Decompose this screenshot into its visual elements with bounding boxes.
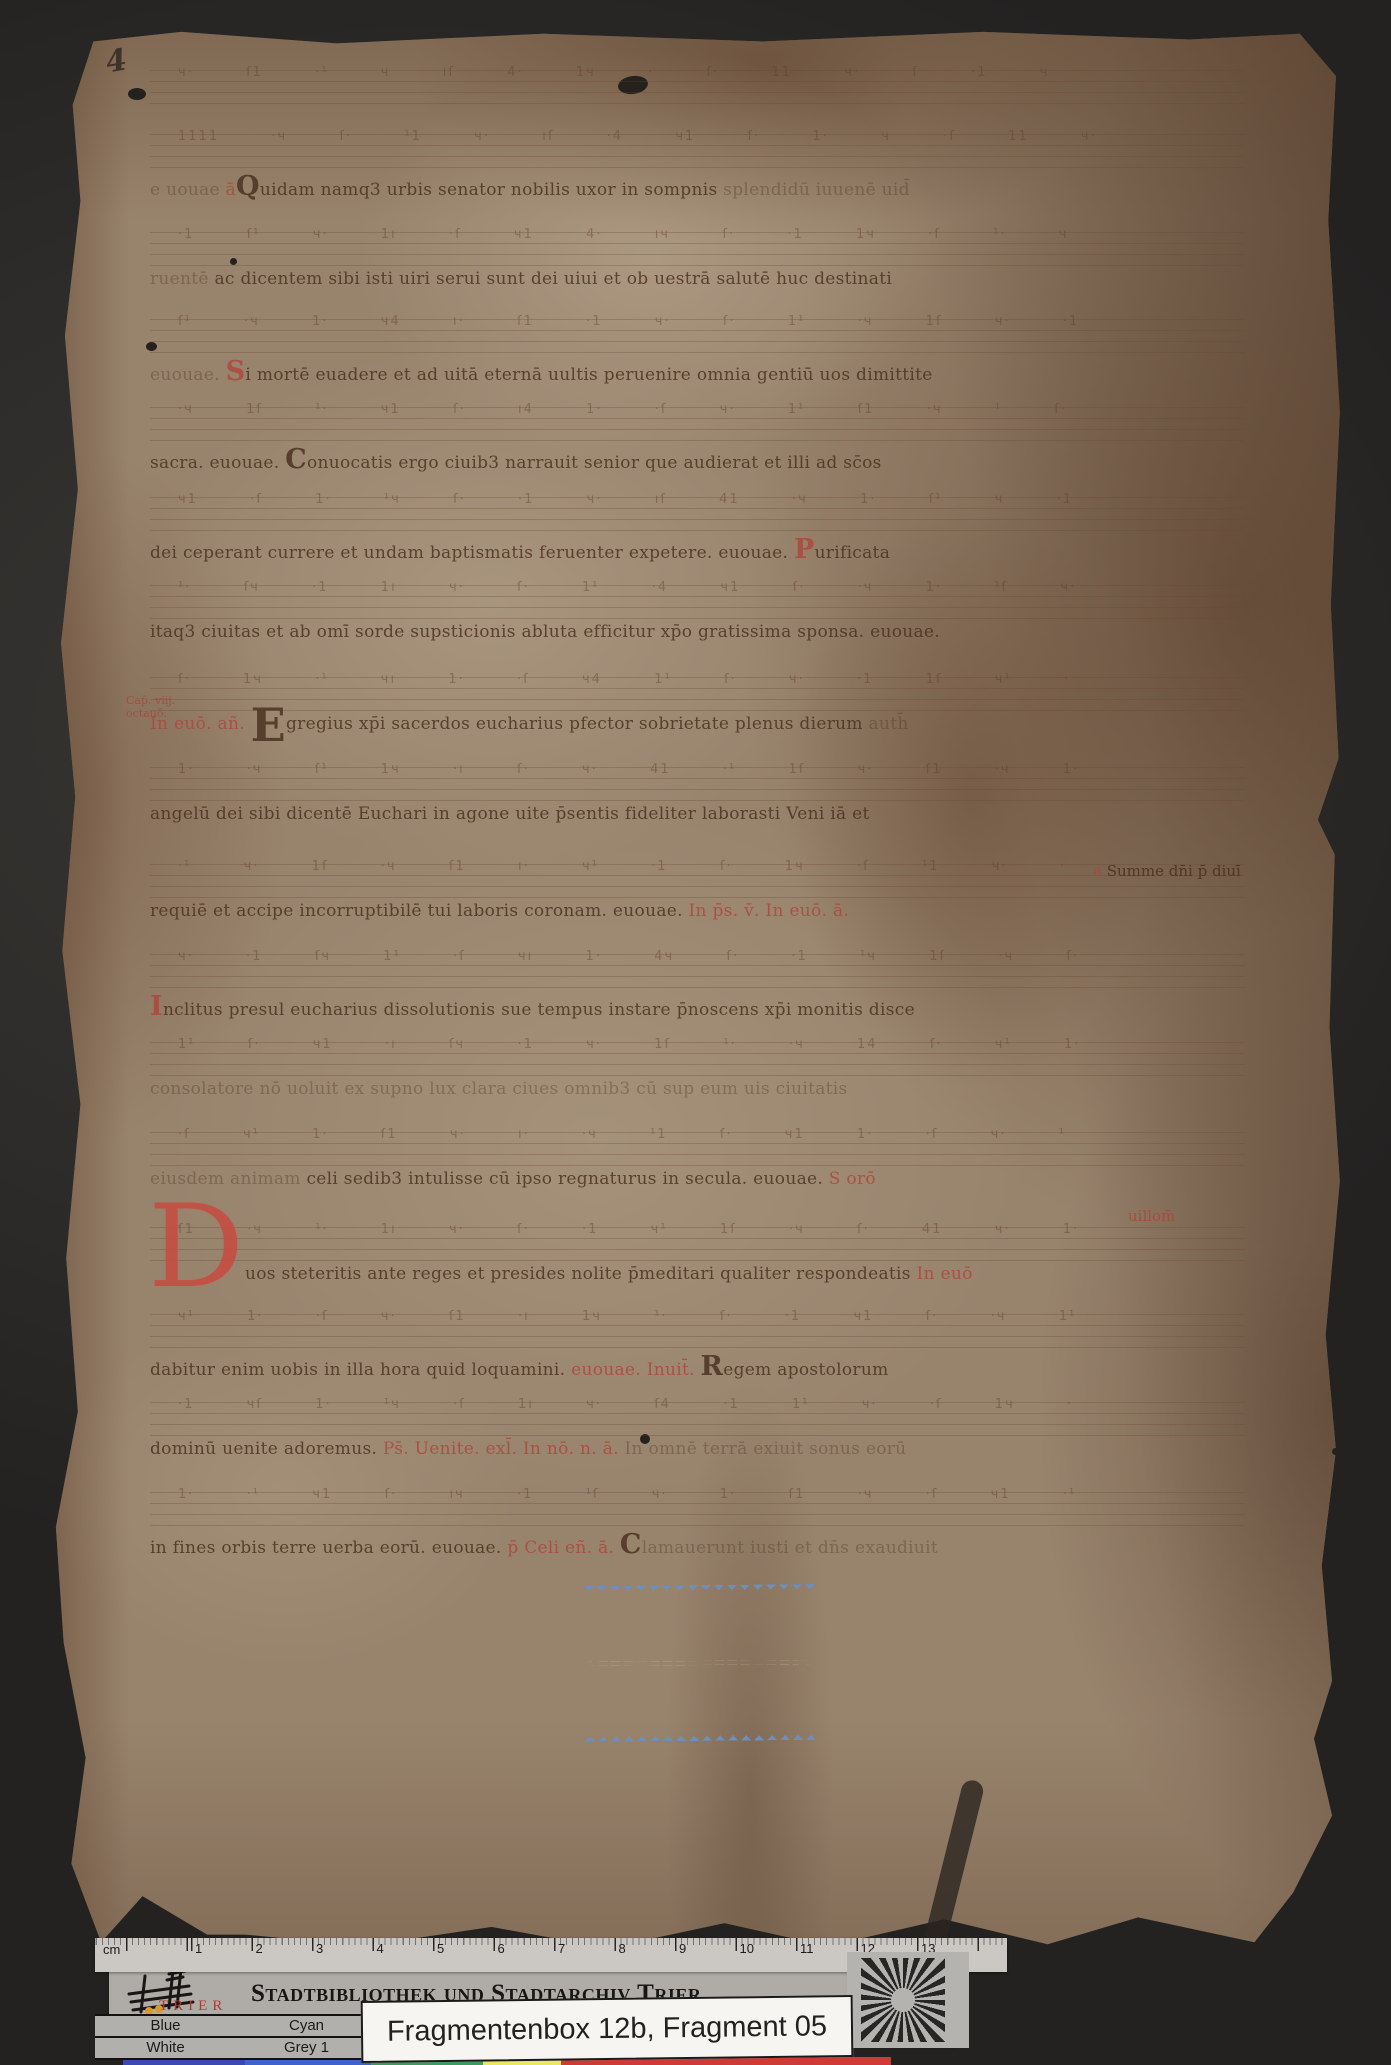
text-segment: uillom̄ <box>1128 1207 1175 1225</box>
text-segment: dabitur enim uobis in illa hora quid loq… <box>150 1360 571 1380</box>
neumes: ſ1 ·ч ¹· 1ı ч· ſ· ·1 ч¹ 1ſ ·ч ſ· 41 ч· 1… <box>178 1222 1245 1237</box>
text-segment: E <box>251 698 286 752</box>
text-segment: a <box>1093 862 1107 880</box>
fragment-label: Fragmentenbox 12b, Fragment 05 <box>361 1995 854 2063</box>
music-system: 1¹ ſ· ч1 ·ı ſч ·1 ч· 1ſ ¹· ·ч 14 ſ· ч¹ 1… <box>150 1032 1245 1107</box>
neumes: ſ¹ ·ч 1· ч4 ı· ſ1 ·1 ч· ſ· 1¹ ·ч 1ſ ч· ·… <box>178 314 1245 329</box>
neumes: ч· ſ1 ·¹ ч ıſ 4· 1ч · ſ· 11 ч· ſ ·1 ч <box>178 65 1245 80</box>
music-system: ·1 ſ¹ ч· 1ı ·ſ ч1 4· ıч ſ· ·1 1ч ·ſ ¹· ч… <box>150 222 1245 297</box>
text-segment: euouae. <box>571 1360 647 1380</box>
side-note: a Summe dn̄i p̄ diuī <box>1093 862 1241 880</box>
music-system: ч· ·1 ſч 1¹ ·ſ чı 1· 4ч ſ· ·1 ¹ч 1ſ ·ч ſ… <box>150 944 1245 1019</box>
text-segment: p̄ Celi eñ. ā. <box>507 1538 620 1558</box>
staff: ſ1 ·ч ¹· 1ı ч· ſ· ·1 ч¹ 1ſ ·ч ſ· 41 ч· 1… <box>150 1217 1245 1262</box>
staff: ч· ·1 ſч 1¹ ·ſ чı 1· 4ч ſ· ·1 ¹ч 1ſ ·ч ſ… <box>150 944 1245 989</box>
color-chart: BlueCyan WhiteGrey 1 <box>95 2014 377 2060</box>
neumes: 1· ·ч ſ¹ 1ч ·ı ſ· ч· 41 ·¹ 1ſ ч· ſ1 ·ч 1… <box>178 762 1245 777</box>
color-label: White <box>95 2038 236 2058</box>
neumes: ſ· 1ч ·¹ чı 1· ·ſ ч4 1¹ ſ· ч· ·1 1ſ ч¹ · <box>178 672 1245 687</box>
neumes: 1111 ·ч ſ· ¹1 ч· ıſ ·4 ч1 ſ· 1· ч ·ſ 11 … <box>178 129 1245 144</box>
text-segment: i mortē euadere et ad uitā eternā uultis… <box>245 365 932 385</box>
text-segment: euouae. <box>150 365 226 385</box>
ruler-number: 4 <box>377 1941 384 1956</box>
text-segment: Summe dn̄i p̄ diuī <box>1107 862 1241 880</box>
text-segment: ac dicentem sibi isti uiri serui sunt de… <box>214 269 892 289</box>
marginal-note-line: octauō. <box>126 707 175 720</box>
neumes: 1¹ ſ· ч1 ·ı ſч ·1 ч· 1ſ ¹· ·ч 14 ſ· ч¹ 1… <box>178 1037 1245 1052</box>
music-system: ſ· 1ч ·¹ чı 1· ·ſ ч4 1¹ ſ· ч· ·1 1ſ ч¹ ·… <box>150 667 1245 742</box>
staff: ч· ſ1 ·¹ ч ıſ 4· 1ч · ſ· 11 ч· ſ ·1 ч <box>150 60 1245 105</box>
label-ornament-border: 5b saec. XIII-XIV <box>587 1589 810 1737</box>
text-segment: S orō <box>829 1169 876 1189</box>
staff: ч1 ·ſ 1· ¹ч ſ· ·1 ч· ıſ 41 ·ч 1· ſ¹ ч ·1 <box>150 487 1245 532</box>
staff: ·¹ ч· 1ſ ·ч ſ1 ı· ч¹ ·1 ſ· 1ч ·ſ ¹1 ч· · <box>150 854 1245 899</box>
corner-mark: 4 <box>103 42 130 80</box>
label-number: 5 <box>685 1632 703 1663</box>
text-line: sacra. euouae. Conuocatis ergo ciuib3 na… <box>150 444 1245 472</box>
text-segment: onuocatis ergo ciuib3 narrauit senior qu… <box>307 453 882 473</box>
neumes: ·ſ ч¹ 1· ſ1 ч· ı· ·ч ¹1 ſ· ч1 1· ·ſ ч· ¹ <box>178 1127 1245 1142</box>
text-segment: itaq3 ciuitas et ab omī sorde supsticion… <box>150 622 940 642</box>
text-segment: gregius xp̄i sacerdos eucharius pfector … <box>286 714 869 734</box>
music-system: ·ч 1ſ ¹· ч1 ſ· ı4 1· ·ſ ч· 1¹ ſ1 ·ч ¹ ſ·… <box>150 397 1245 472</box>
text-line: ruentē ac dicentem sibi isti uiri serui … <box>150 269 1245 297</box>
logo-trier-text: TRIER <box>159 1998 227 2015</box>
music-system: 1111 ·ч ſ· ¹1 ч· ıſ ·4 ч1 ſ· 1· ч ·ſ 11 … <box>150 124 1245 199</box>
text-segment: Ps̄. Uenite. exl̄. In nō. n. ā. <box>383 1439 625 1459</box>
siemens-star <box>861 1958 945 2042</box>
text-segment: C <box>285 444 307 475</box>
music-system: ч¹ 1· ·ſ ч· ſ1 ·ı 1ч ¹· ſ· ·1 ч1 ſ· ·ч 1… <box>150 1304 1245 1379</box>
staff: 1· ·ч ſ¹ 1ч ·ı ſ· ч· 41 ·¹ 1ſ ч· ſ1 ·ч 1… <box>150 757 1245 802</box>
text-segment: Q <box>236 171 260 202</box>
music-system: ſ¹ ·ч 1· ч4 ı· ſ1 ·1 ч· ſ· 1¹ ·ч 1ſ ч· ·… <box>150 309 1245 384</box>
photo-stage: 4 ч· ſ1 ·¹ ч ıſ 4· 1ч · ſ· 11 ч· ſ ·1 ч1… <box>0 0 1391 2065</box>
staff: ·1 ſ¹ ч· 1ı ·ſ ч1 4· ıч ſ· ·1 1ч ·ſ ¹· ч <box>150 222 1245 267</box>
neumes: ·1 чſ 1· ¹ч ·ſ 1ı ч· ſ4 ·1 1¹ ч· ·ſ 1ч · <box>178 1397 1245 1412</box>
color-label-row: BlueCyan <box>95 2014 377 2036</box>
staff: 1111 ·ч ſ· ¹1 ч· ıſ ·4 ч1 ſ· 1· ч ·ſ 11 … <box>150 124 1245 169</box>
text-segment: ā <box>226 180 236 200</box>
side-note: uillom̄ <box>1128 1207 1175 1225</box>
text-line: e uouae āQuidam namq3 urbis senator nobi… <box>150 171 1245 199</box>
text-segment: P <box>794 534 815 565</box>
text-line: itaq3 ciuitas et ab omī sorde supsticion… <box>150 622 1245 650</box>
text-segment: dei ceperant currere et undam baptismati… <box>150 543 794 563</box>
text-segment: in fines orbis terre uerba eorū. euouae. <box>150 1538 507 1558</box>
text-line: angelū dei sibi dicentē Euchari in agone… <box>150 804 1245 832</box>
neumes: ·¹ ч· 1ſ ·ч ſ1 ı· ч¹ ·1 ſ· 1ч ·ſ ¹1 ч· · <box>178 859 1245 874</box>
text-segment: dominū uenite adoremus. <box>150 1439 383 1459</box>
text-line: in fines orbis terre uerba eorū. euouae.… <box>150 1529 1245 1557</box>
text-segment: Inuit̄. <box>647 1360 701 1380</box>
text-line: dei ceperant currere et undam baptismati… <box>150 534 1245 562</box>
text-segment: uos steteritis ante reges et presides no… <box>245 1264 917 1284</box>
text-segment: In omnē terrā exiuit sonus eorū <box>625 1439 907 1459</box>
label-face: 5b saec. XIII-XIV <box>596 1598 801 1728</box>
ruler-number: 5 <box>437 1941 444 1956</box>
text-line: consolatore nō uoluit ex supno lux clara… <box>150 1079 1245 1107</box>
text-segment: consolatore nō uoluit ex supno lux clara… <box>150 1079 848 1099</box>
color-label: Blue <box>95 2016 236 2036</box>
music-system: 1· ·ч ſ¹ 1ч ·ı ſ· ч· 41 ·¹ 1ſ ч· ſ1 ·ч 1… <box>150 757 1245 832</box>
staff: 1¹ ſ· ч1 ·ı ſч ·1 ч· 1ſ ¹· ·ч 14 ſ· ч¹ 1… <box>150 1032 1245 1077</box>
ruler-number: 1 <box>195 1941 202 1956</box>
label-shelfmark: 5b <box>685 1631 713 1663</box>
staff: ·ч 1ſ ¹· ч1 ſ· ı4 1· ·ſ ч· 1¹ ſ1 ·ч ¹ ſ· <box>150 397 1245 442</box>
text-line: dabitur enim uobis in illa hora quid loq… <box>150 1351 1245 1379</box>
music-system: ·ſ ч¹ 1· ſ1 ч· ı· ·ч ¹1 ſ· ч1 1· ·ſ ч· ¹… <box>150 1122 1245 1197</box>
text-segment: uidam namq3 urbis senator nobilis uxor i… <box>260 180 723 200</box>
text-segment: I <box>150 991 163 1022</box>
label-number-sup: b <box>701 1631 712 1650</box>
music-system: ·¹ ч· 1ſ ·ч ſ1 ı· ч¹ ·1 ſ· 1ч ·ſ ¹1 ч· ·… <box>150 854 1245 929</box>
ruler-number: 10 <box>740 1941 754 1956</box>
manuscript-content: 4 ч· ſ1 ·¹ ч ıſ 4· 1ч · ſ· 11 ч· ſ ·1 ч1… <box>0 0 1391 2065</box>
ruler-number: 3 <box>316 1941 323 1956</box>
music-system: 1· ·¹ ч1 ſ· ıч ·1 ¹ſ ч· 1· ſ1 ·ч ·ſ ч1 ·… <box>150 1482 1245 1557</box>
text-segment: lamauerunt iusti et dn̄s exaudiuit <box>642 1538 938 1558</box>
marginal-note: Cap̄. viij. octauō. <box>126 694 175 720</box>
ruler-number: 7 <box>558 1941 565 1956</box>
text-segment: angelū dei sibi dicentē Euchari in agone… <box>150 804 870 824</box>
archive-label-sticker: 5b saec. XIII-XIV <box>582 1584 815 1742</box>
ruler-number: 2 <box>256 1941 263 1956</box>
marginal-note-line: Cap̄. viij. <box>126 694 175 707</box>
staff: ſ· 1ч ·¹ чı 1· ·ſ ч4 1¹ ſ· ч· ·1 1ſ ч¹ · <box>150 667 1245 712</box>
color-label-row: WhiteGrey 1 <box>95 2036 377 2058</box>
text-line: uos steteritis ante reges et presides no… <box>245 1264 1245 1292</box>
text-segment: nclitus presul eucharius dissolutionis s… <box>163 1000 915 1020</box>
neumes: ·1 ſ¹ ч· 1ı ·ſ ч1 4· ıч ſ· ·1 1ч ·ſ ¹· ч <box>178 227 1245 242</box>
initial-d: D <box>148 1201 244 1296</box>
color-label: Cyan <box>236 2016 377 2036</box>
text-segment: S <box>226 356 246 387</box>
staff: ¹· ſч ·1 1ı ч· ſ· 1¹ ·4 ч1 ſ· ·ч 1· ¹ſ ч… <box>150 575 1245 620</box>
text-line: euouae. Si mortē euadere et ad uitā eter… <box>150 356 1245 384</box>
staff: 1· ·¹ ч1 ſ· ıч ·1 ¹ſ ч· 1· ſ1 ·ч ·ſ ч1 ·… <box>150 1482 1245 1527</box>
text-segment: auth̄ <box>869 714 909 734</box>
ruler-number: 11 <box>800 1941 814 1956</box>
staff: ч¹ 1· ·ſ ч· ſ1 ·ı 1ч ¹· ſ· ·1 ч1 ſ· ·ч 1… <box>150 1304 1245 1349</box>
text-line: In euō. añ. Egregius xp̄i sacerdos eucha… <box>150 714 1245 742</box>
text-line: requiē et accipe incorruptibilē tui labo… <box>150 901 1245 929</box>
ruler-number: 8 <box>619 1941 626 1956</box>
text-line: Inclitus presul eucharius dissolutionis … <box>150 991 1245 1019</box>
neumes: ч¹ 1· ·ſ ч· ſ1 ·ı 1ч ¹· ſ· ·1 ч1 ſ· ·ч 1… <box>178 1309 1245 1324</box>
text-segment: egem apostolorum <box>723 1360 888 1380</box>
text-line: eiusdem animam celi sedib3 intulisse cū … <box>150 1169 1245 1197</box>
text-segment: In euō <box>917 1264 973 1284</box>
neumes: ч1 ·ſ 1· ¹ч ſ· ·1 ч· ıſ 41 ·ч 1· ſ¹ ч ·1 <box>178 492 1245 507</box>
ruler-number: 6 <box>498 1941 505 1956</box>
text-segment: In p̄s. v̄. In euō. ā. <box>689 901 850 921</box>
staff: ·1 чſ 1· ¹ч ·ſ 1ı ч· ſ4 ·1 1¹ ч· ·ſ 1ч · <box>150 1392 1245 1437</box>
music-system: ч1 ·ſ 1· ¹ч ſ· ·1 ч· ıſ 41 ·ч 1· ſ¹ ч ·1… <box>150 487 1245 562</box>
ruler-unit: cm <box>103 1942 120 1957</box>
text-segment: requiē et accipe incorruptibilē tui labo… <box>150 901 689 921</box>
text-line: dominū uenite adoremus. Ps̄. Uenite. exl… <box>150 1439 1245 1467</box>
neumes: ¹· ſч ·1 1ı ч· ſ· 1¹ ·4 ч1 ſ· ·ч 1· ¹ſ ч… <box>178 580 1245 595</box>
music-system: ſ1 ·ч ¹· 1ı ч· ſ· ·1 ч¹ 1ſ ·ч ſ· 41 ч· 1… <box>150 1217 1245 1292</box>
text-segment: C <box>620 1529 642 1560</box>
staff: ſ¹ ·ч 1· ч4 ı· ſ1 ·1 ч· ſ· 1¹ ·ч 1ſ ч· ·… <box>150 309 1245 354</box>
siemens-star-card <box>847 1952 969 2048</box>
text-segment: celi sedib3 intulisse cū ipso regnaturus… <box>306 1169 828 1189</box>
color-label: Grey 1 <box>236 2038 377 2058</box>
footer-strip: cm 12345678910111213 TRIER Stadtbiblioth… <box>95 1938 1240 2065</box>
neumes: ч· ·1 ſч 1¹ ·ſ чı 1· 4ч ſ· ·1 ¹ч 1ſ ·ч ſ… <box>178 949 1245 964</box>
music-system: ·1 чſ 1· ¹ч ·ſ 1ı ч· ſ4 ·1 1¹ ч· ·ſ 1ч ·… <box>150 1392 1245 1467</box>
text-segment: ruentē <box>150 269 214 289</box>
text-segment: sacra. euouae. <box>150 453 285 473</box>
music-system: ч· ſ1 ·¹ ч ıſ 4· 1ч · ſ· 11 ч· ſ ·1 ч <box>150 60 1245 105</box>
text-segment: urificata <box>815 543 891 563</box>
neumes: 1· ·¹ ч1 ſ· ıч ·1 ¹ſ ч· 1· ſ1 ·ч ·ſ ч1 ·… <box>178 1487 1245 1502</box>
text-segment: splendidū iuuenē uid̄ <box>723 180 910 200</box>
staff: ·ſ ч¹ 1· ſ1 ч· ı· ·ч ¹1 ſ· ч1 1· ·ſ ч· ¹ <box>150 1122 1245 1167</box>
neumes: ·ч 1ſ ¹· ч1 ſ· ı4 1· ·ſ ч· 1¹ ſ1 ·ч ¹ ſ· <box>178 402 1245 417</box>
text-segment: R <box>701 1351 724 1382</box>
label-century: saec. XIII-XIV <box>626 1667 772 1697</box>
text-segment: e uouae <box>150 180 226 200</box>
music-system: ¹· ſч ·1 1ı ч· ſ· 1¹ ·4 ч1 ſ· ·ч 1· ¹ſ ч… <box>150 575 1245 650</box>
ruler-number: 9 <box>679 1941 686 1956</box>
